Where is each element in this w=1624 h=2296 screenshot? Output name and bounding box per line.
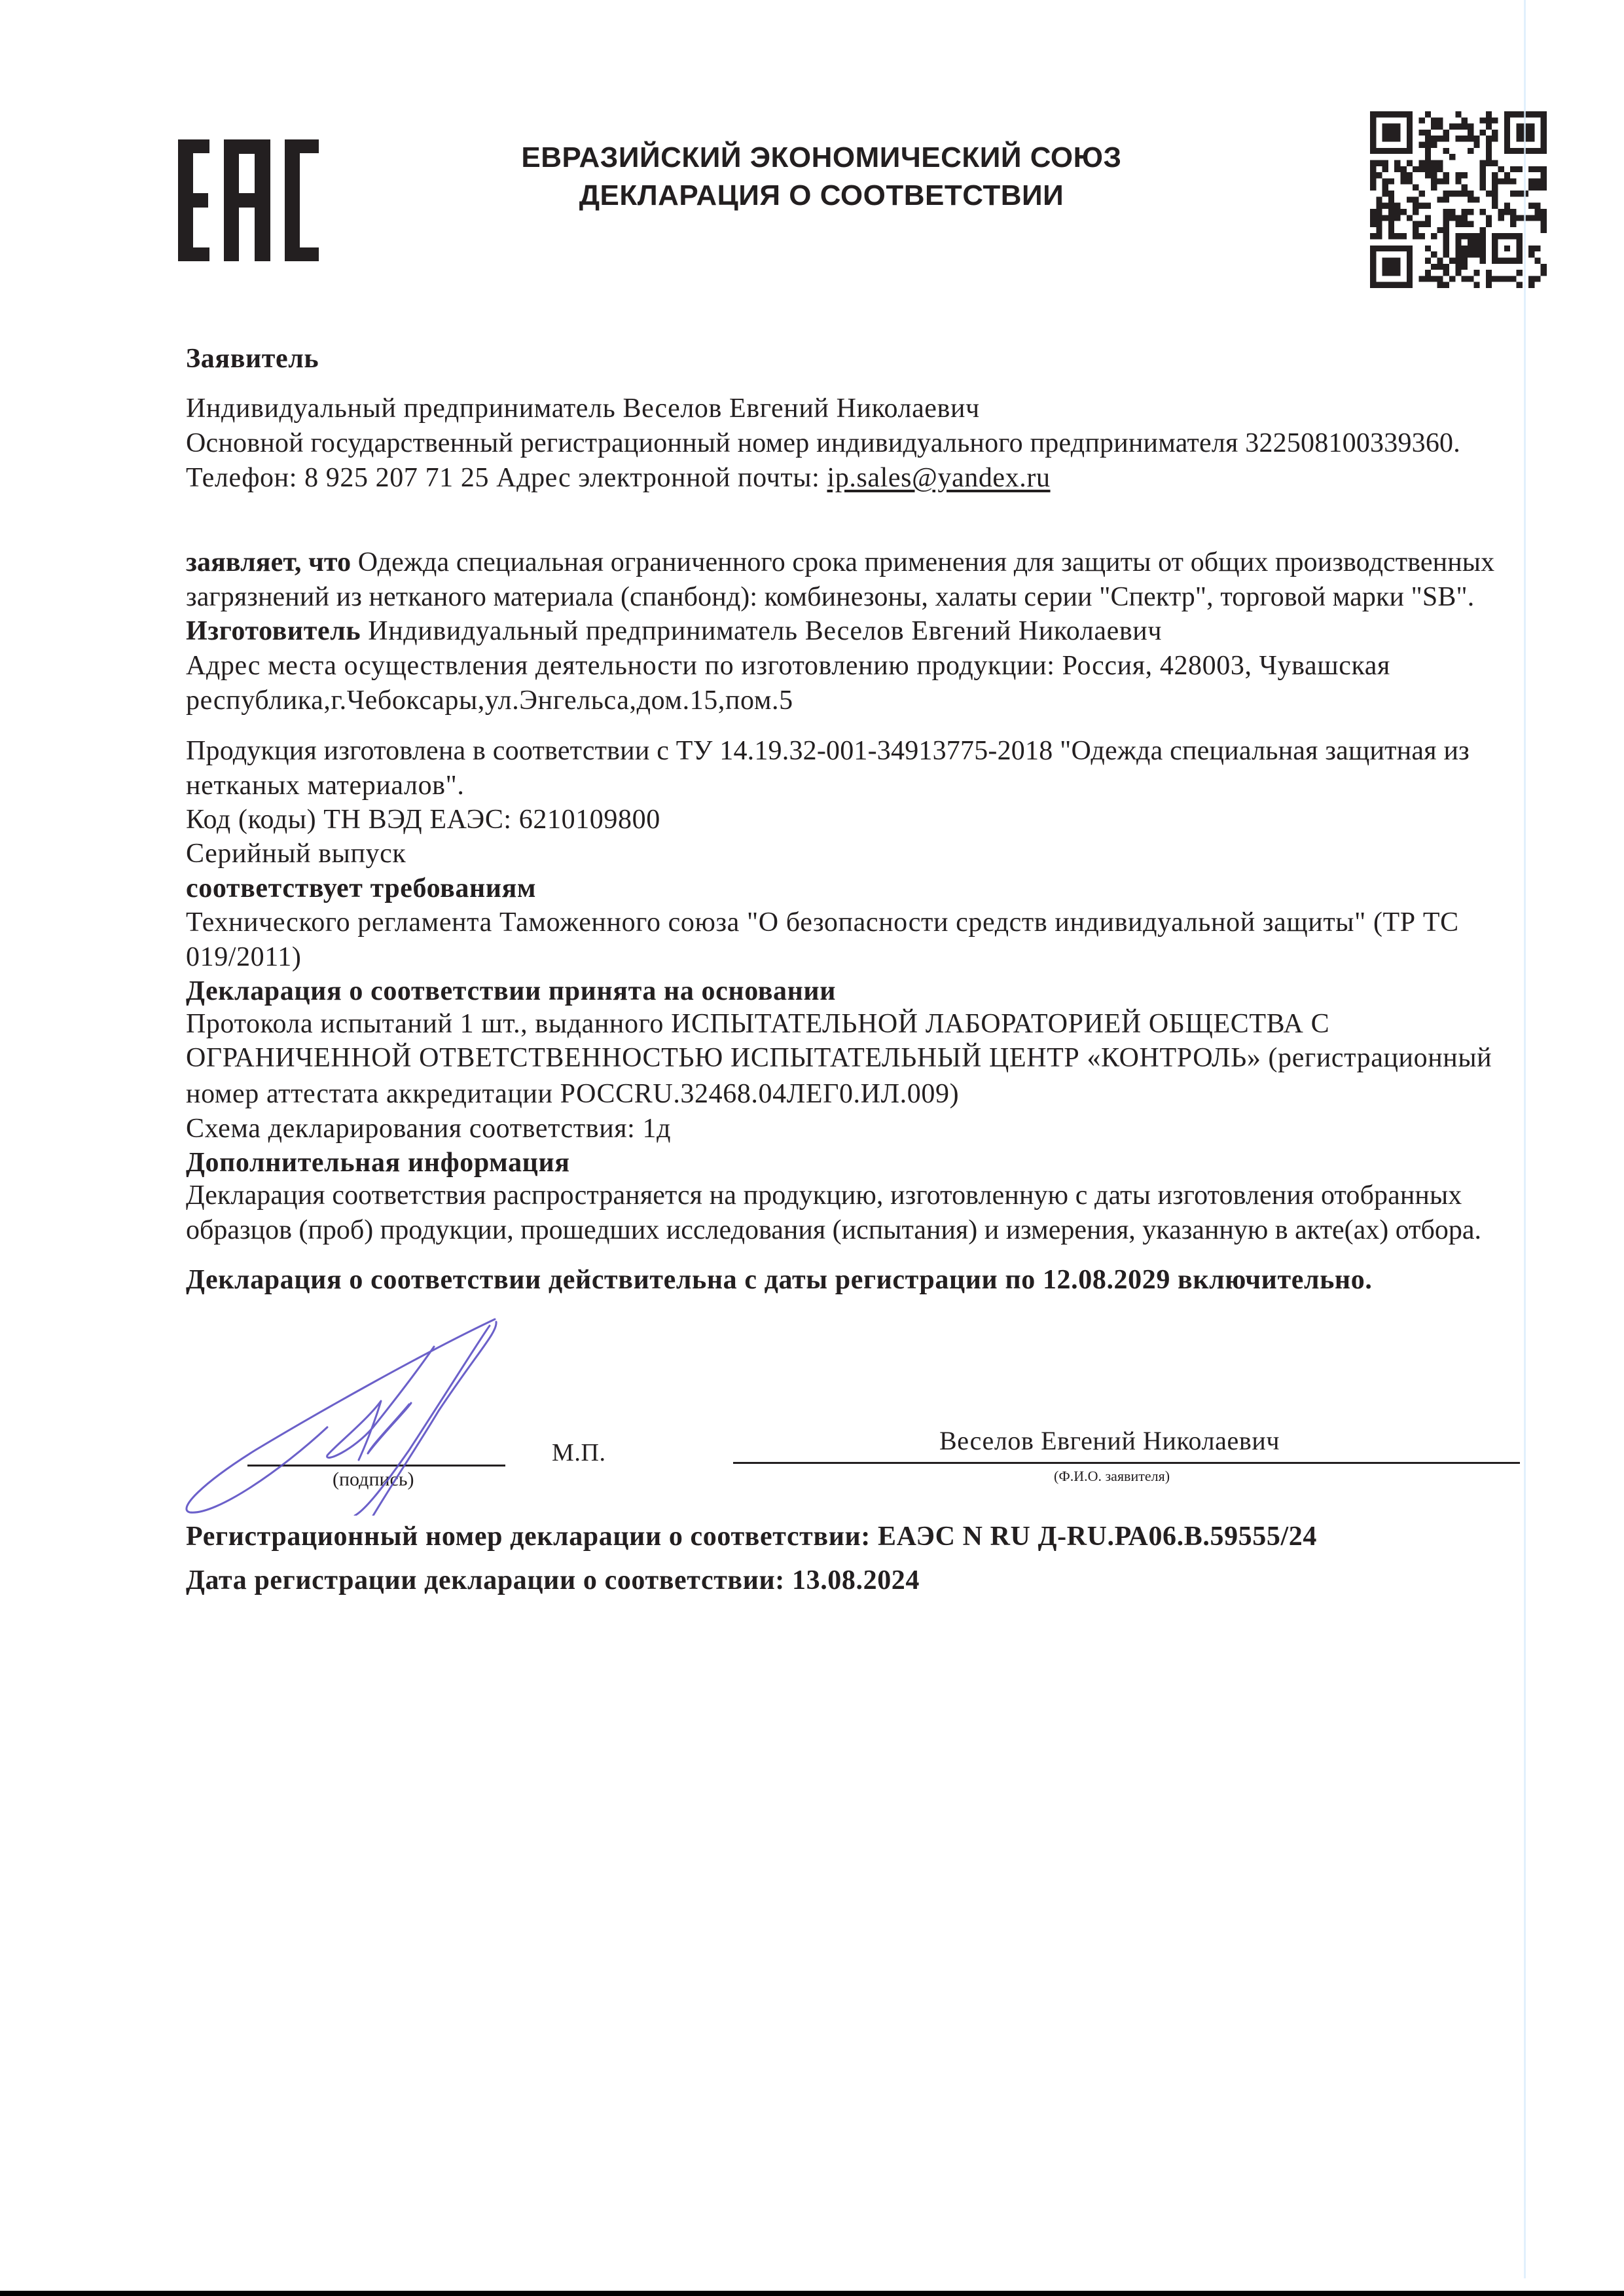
applicant-ogrn: Основной государственный регистрационный… [186, 426, 1460, 460]
contact-text: Телефон: 8 925 207 71 25 Адрес электронн… [186, 463, 827, 493]
declaration-scheme: Схема декларирования соответствия: 1д [186, 1112, 671, 1146]
manufacturer-label: Изготовитель [186, 616, 361, 646]
additional-line-1: Декларация соответствия распространяется… [186, 1178, 1462, 1212]
regulation-2: 019/2011) [186, 940, 302, 974]
basis-line-3: номер аттестата аккредитации РОССRU.3246… [186, 1077, 959, 1111]
document-title: ЕВРАЗИЙСКИЙ ЭКОНОМИЧЕСКИЙ СОЮЗ ДЕКЛАРАЦИ… [458, 139, 1185, 215]
qr-code-icon[interactable] [1370, 111, 1547, 288]
product-description-2: загрязнений из нетканого материала (спан… [186, 580, 1474, 614]
applicant-contacts: Телефон: 8 925 207 71 25 Адрес электронн… [186, 461, 1051, 495]
name-caption: (Ф.И.О. заявителя) [1054, 1468, 1170, 1485]
manufacturer-address-1: Адрес места осуществления деятельности п… [186, 649, 1390, 683]
product-description-1: Одежда специальная ограниченного срока п… [351, 547, 1494, 577]
stamp-label: М.П. [552, 1436, 606, 1470]
declares-line-1: заявляет, что Одежда специальная огранич… [186, 545, 1494, 579]
product-standard-2: нетканых материалов". [186, 769, 464, 803]
registration-number: Регистрационный номер декларации о соотв… [186, 1520, 1317, 1554]
validity-statement: Декларация о соответствии действительна … [186, 1263, 1372, 1297]
regulation-1: Технического регламента Таможенного союз… [186, 905, 1459, 939]
signature-caption: (подпись) [333, 1468, 414, 1491]
additional-heading: Дополнительная информация [186, 1146, 570, 1180]
hs-code: Код (коды) ТН ВЭД ЕАЭС: 6210109800 [186, 803, 660, 837]
declaration-page: ЕВРАЗИЙСКИЙ ЭКОНОМИЧЕСКИЙ СОЮЗ ДЕКЛАРАЦИ… [0, 0, 1624, 2296]
declares-lead: заявляет, что [186, 547, 351, 577]
email-link[interactable]: ip.sales@yandex.ru [827, 463, 1050, 493]
manufacturer-name: Индивидуальный предприниматель Веселов Е… [361, 616, 1162, 646]
name-line [733, 1462, 1520, 1464]
basis-line-2: ОГРАНИЧЕННОЙ ОТВЕТСТВЕННОСТЬЮ ИСПЫТАТЕЛЬ… [186, 1041, 1492, 1075]
title-union: ЕВРАЗИЙСКИЙ ЭКОНОМИЧЕСКИЙ СОЮЗ [458, 139, 1185, 177]
applicant-heading: Заявитель [186, 342, 319, 376]
scan-bottom-border [0, 2291, 1624, 2296]
basis-line-1: Протокола испытаний 1 шт., выданного ИСП… [186, 1007, 1329, 1041]
product-standard-1: Продукция изготовлена в соответствии с Т… [186, 734, 1470, 768]
manufacturer-address-2: республика,г.Чебоксары,ул.Энгельса,дом.1… [186, 683, 793, 718]
registration-date: Дата регистрации декларации о соответств… [186, 1563, 920, 1597]
scan-edge-line [1524, 0, 1526, 2278]
signature-line [247, 1465, 505, 1467]
title-declaration: ДЕКЛАРАЦИЯ О СООТВЕТСТВИИ [458, 177, 1185, 215]
release-type: Серийный выпуск [186, 837, 406, 871]
basis-heading: Декларация о соответствии принята на осн… [186, 974, 836, 1008]
eac-logo-icon [178, 139, 319, 261]
applicant-name: Индивидуальный предприниматель Веселов Е… [186, 392, 980, 426]
compliance-heading: соответствует требованиям [186, 871, 536, 905]
manufacturer-line: Изготовитель Индивидуальный предпринимат… [186, 614, 1162, 648]
signer-name: Веселов Евгений Николаевич [939, 1424, 1280, 1458]
additional-line-2: образцов (проб) продукции, прошедших исс… [186, 1213, 1481, 1247]
